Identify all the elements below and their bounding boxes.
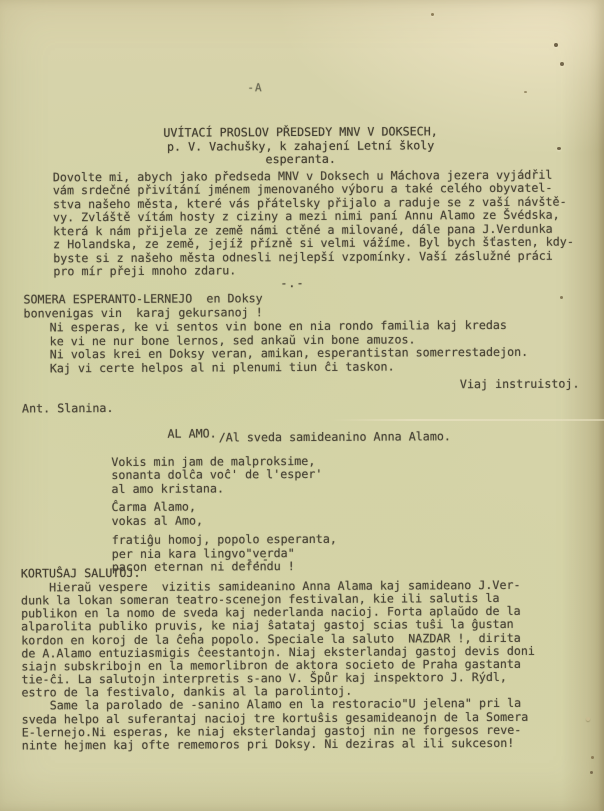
text-line: vokas al Amo, (112, 513, 452, 528)
text-line: pro mír přeji mnoho zdaru. (53, 263, 574, 279)
text-line: ninte hejmen kaj ofte rememoros pri Doks… (22, 737, 536, 753)
typewritten-text-layer: -A UVÍTACÍ PROSLOV PŘEDSEDY MNV V DOKSEC… (0, 0, 604, 811)
poem-stanza: Ĉarma Alamo,vokas al Amo, (111, 499, 451, 528)
kortusaj-salutoj-text: Hieraŭ vespere vizitis samideanino Anna … (21, 579, 536, 753)
author-name: Ant. Slanina. (22, 402, 114, 416)
kortusaj-salutoj-heading: KORTUŜAJ SALUTOJ. (21, 567, 141, 581)
section-divider: -.- (246, 553, 270, 567)
poem-stanza: Vokis min jam de malproksime,sonanta dol… (111, 454, 451, 496)
poem-dedication: /Al sveda samideanino Anna Alamo. (219, 430, 451, 445)
poem-title: AL AMO. (167, 426, 216, 440)
welcome-speech-paragraph: Dovolte mi, abych jako předseda MNV v Do… (53, 169, 574, 279)
text-line: esperanta. (129, 152, 473, 167)
poem-title-line: AL AMO./Al sveda samideanino Anna Alamo. (111, 412, 451, 454)
instructors-signoff: Viaj instruistoj. (460, 378, 580, 392)
scanned-document-page: -A UVÍTACÍ PROSLOV PŘEDSEDY MNV V DOKSEC… (0, 0, 604, 811)
somera-lernejo-heading: SOMERA ESPERANTO-LERNEJO en Doksybonveni… (23, 292, 262, 320)
poem-stanza: fratiĝu homoj, popolo esperanta,per nia … (112, 532, 452, 574)
poem-al-amo: AL AMO./Al sveda samideanino Anna Alamo.… (111, 412, 452, 574)
kortusaj-paragraph-2: Same la parolado de -sanino Alamo en la … (22, 697, 536, 752)
section-divider: -.- (280, 277, 304, 291)
text-line: al amo kristana. (111, 481, 451, 496)
kortusaj-paragraph-1: Hieraŭ vespere vizitis samideanino Anna … (21, 579, 535, 700)
text-line: Kaj vi certe helpos al ni plenumi tiun ĉ… (50, 360, 529, 376)
page-number-mark: -A (247, 81, 262, 95)
document-title: UVÍTACÍ PROSLOV PŘEDSEDY MNV V DOKSECH,p… (129, 125, 473, 167)
text-line: pacon eternan ni defendu ! (112, 559, 452, 574)
somera-lernejo-body: Ni esperas, ke vi sentos vin bone en nia… (50, 319, 529, 376)
